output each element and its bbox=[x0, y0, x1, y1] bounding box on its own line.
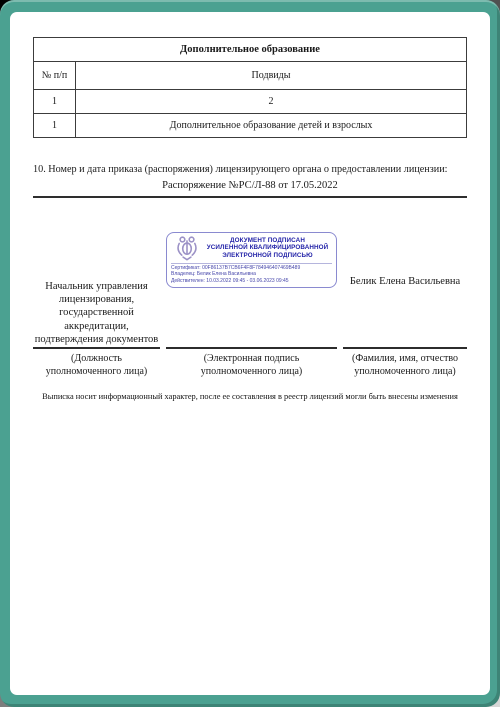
stamp-heading: ДОКУМЕНТ ПОДПИСАН УСИЛЕННОЙ КВАЛИФИЦИРОВ… bbox=[203, 237, 332, 260]
electronic-signature-stamp: ДОКУМЕНТ ПОДПИСАН УСИЛЕННОЙ КВАЛИФИЦИРОВ… bbox=[166, 232, 337, 288]
coat-of-arms-icon bbox=[171, 235, 203, 261]
column-header-number: № п/п bbox=[34, 62, 76, 90]
document-page: Дополнительное образование № п/п Подвиды… bbox=[10, 12, 490, 695]
table-cell: Дополнительное образование детей и взрос… bbox=[76, 114, 467, 138]
additional-education-table: Дополнительное образование № п/п Подвиды… bbox=[33, 37, 467, 138]
table-title: Дополнительное образование bbox=[34, 38, 467, 62]
table-header-row: № п/п Подвиды bbox=[34, 62, 467, 90]
column-header-subtypes: Подвиды bbox=[76, 62, 467, 90]
order-value: Распоряжение №РС/Л-88 от 17.05.2022 bbox=[33, 180, 467, 198]
stamp-validity: Действителен: 10.03.2022 09:45 - 03.06.2… bbox=[171, 278, 332, 284]
official-position-text: Начальник управления лицензирования, гос… bbox=[35, 280, 159, 347]
footer-note: Выписка носит информационный характер, п… bbox=[33, 392, 467, 401]
stamp-details: Сертификат: 00F86137B7CB6F4F8F7849464074… bbox=[171, 263, 332, 284]
table-cell: 1 bbox=[34, 90, 76, 114]
signature-section: Начальник управления лицензирования, гос… bbox=[33, 232, 467, 378]
name-caption: (Фамилия, имя, отчество уполномоченного … bbox=[343, 353, 467, 378]
signature-line bbox=[343, 347, 467, 349]
table-cell: 1 bbox=[34, 114, 76, 138]
signature-esign-column: ДОКУМЕНТ ПОДПИСАН УСИЛЕННОЙ КВАЛИФИЦИРОВ… bbox=[166, 232, 337, 378]
position-caption: (Должность уполномоченного лица) bbox=[33, 353, 160, 378]
order-label: 10. Номер и дата приказа (распоряжения) … bbox=[33, 164, 467, 175]
esign-caption: (Электронная подпись уполномоченного лиц… bbox=[166, 353, 337, 378]
table-row: 1 Дополнительное образование детей и взр… bbox=[34, 114, 467, 138]
table-title-row: Дополнительное образование bbox=[34, 38, 467, 62]
document-frame: Дополнительное образование № п/п Подвиды… bbox=[0, 0, 500, 707]
official-name: Белик Елена Васильевна bbox=[350, 276, 460, 287]
signature-name-column: Белик Елена Васильевна (Фамилия, имя, от… bbox=[343, 232, 467, 378]
signature-position-column: Начальник управления лицензирования, гос… bbox=[33, 232, 160, 378]
signature-line bbox=[166, 347, 337, 349]
table-cell: 2 bbox=[76, 90, 467, 114]
table-row: 1 2 bbox=[34, 90, 467, 114]
signature-line bbox=[33, 347, 160, 349]
order-section: 10. Номер и дата приказа (распоряжения) … bbox=[33, 164, 467, 198]
